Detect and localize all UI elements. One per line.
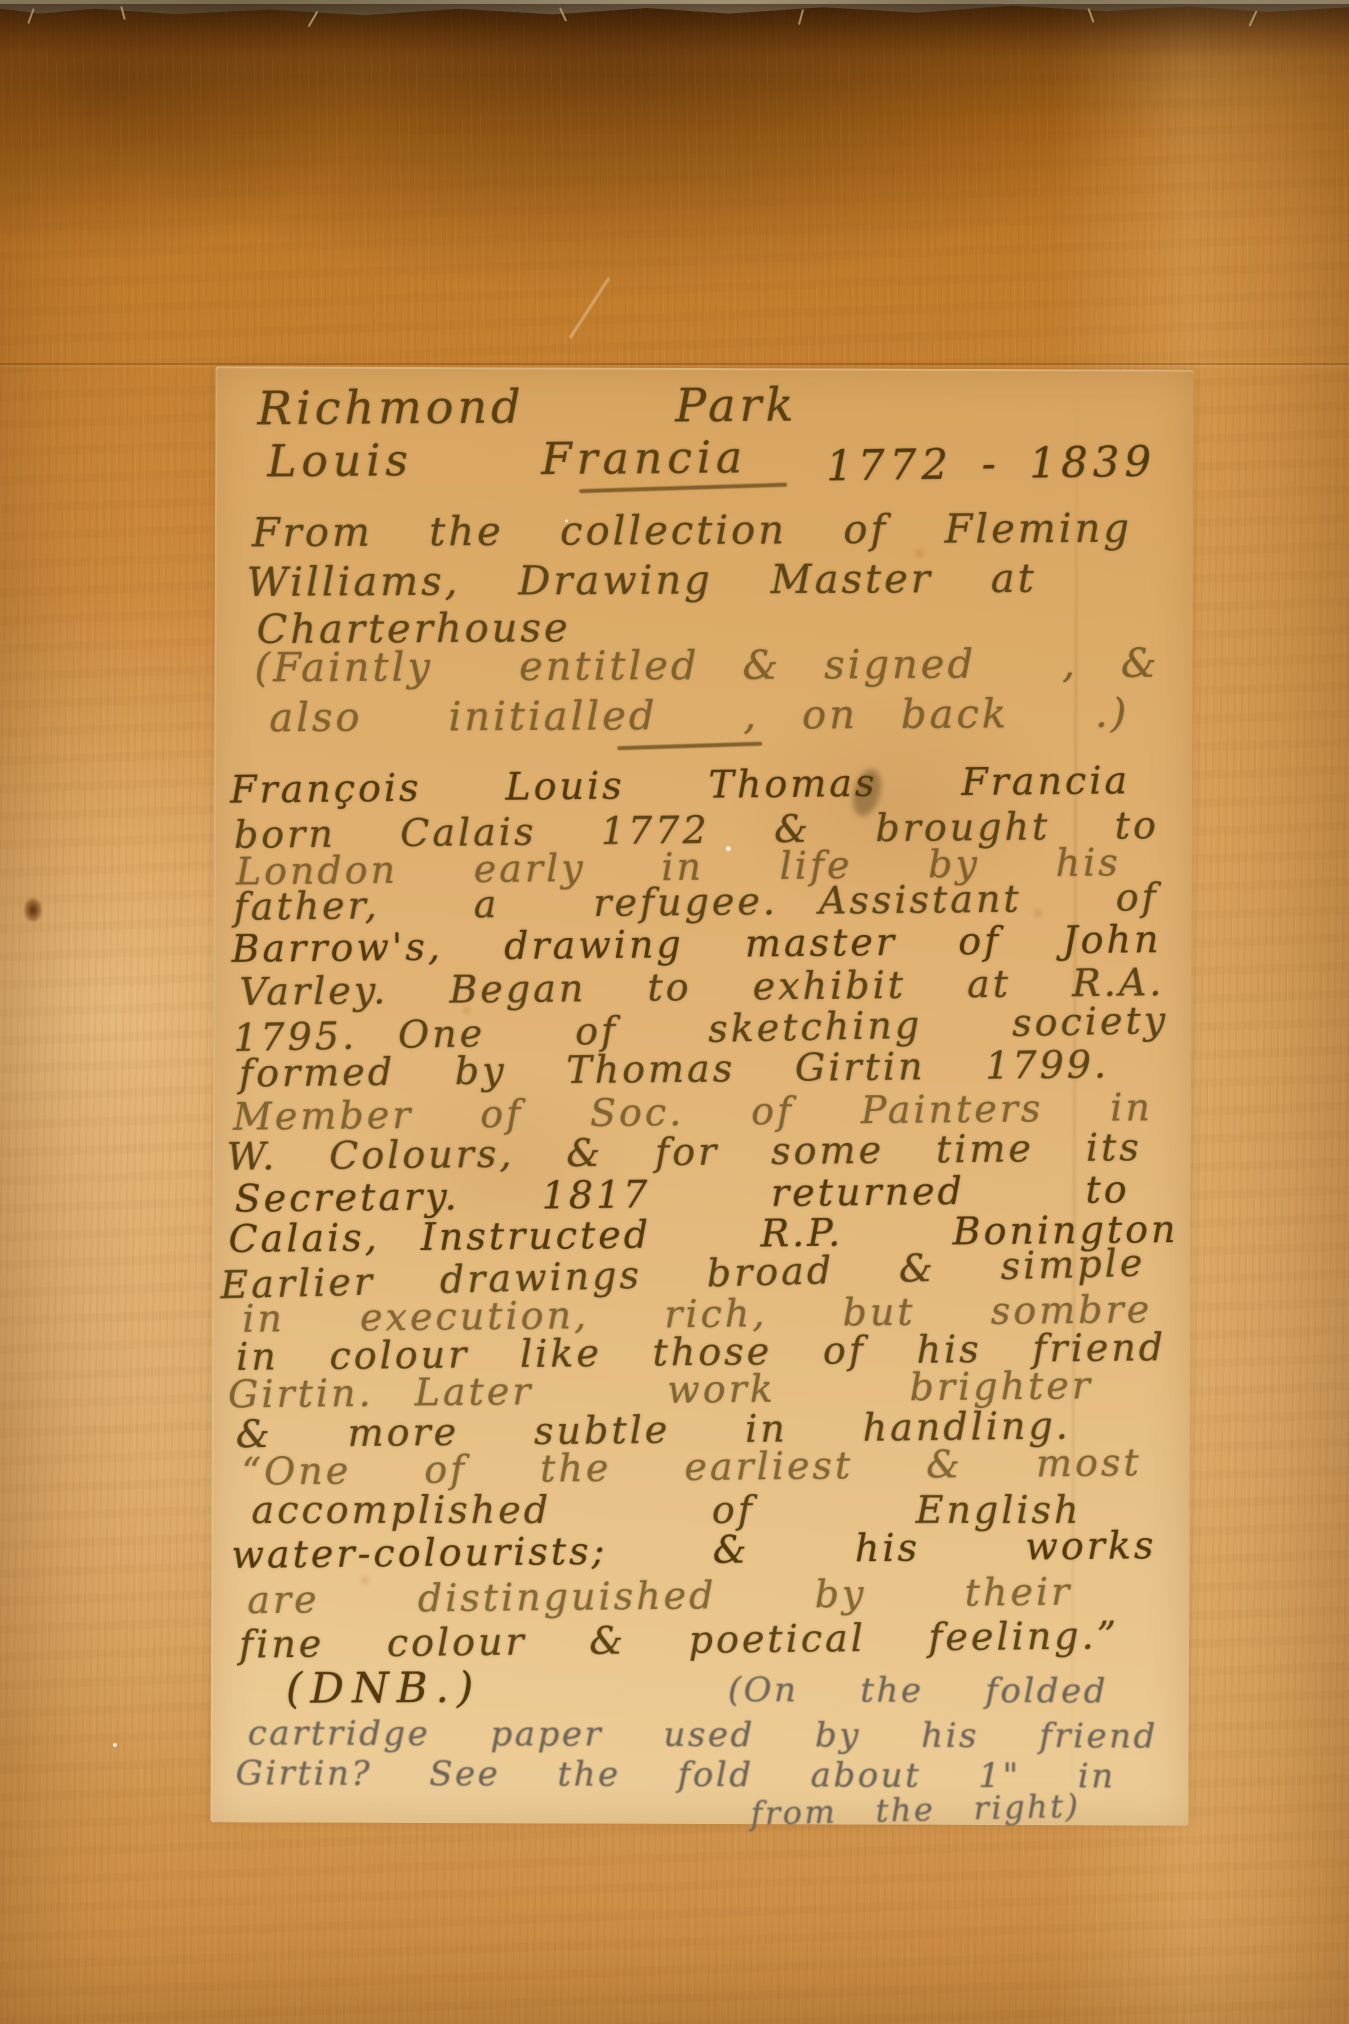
photo-frame-back: Richmond Park Louis Francia 1772 - 1839 … xyxy=(0,0,1349,2024)
photo-vignette xyxy=(0,0,1349,2024)
